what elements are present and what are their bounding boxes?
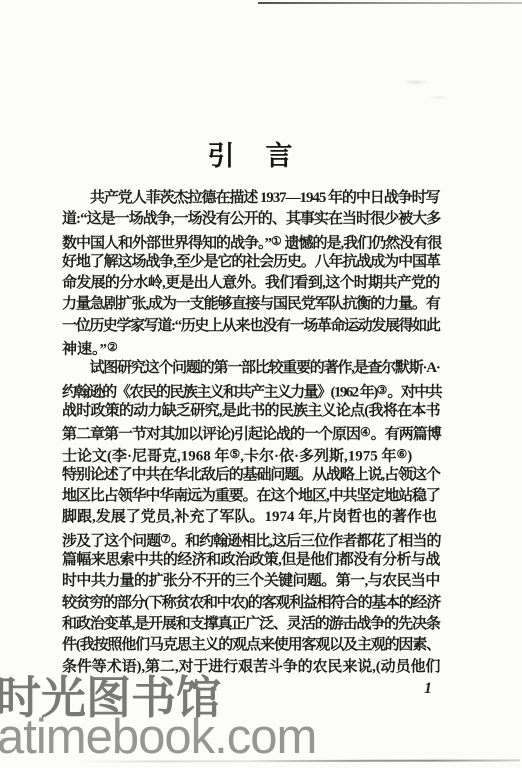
page-number: 1 [424,680,432,698]
paragraph1-line: 共产党人菲茨杰拉德在描述 1937—1945 年的中日战争时写 [62,188,440,209]
paragraph2-line: 篇幅来思索中共的经济和政治政策,但是他们都没有分析与战 [62,550,440,571]
paragraph2-line: 战时政策的动力缺乏研究,是此书的民族主义论点(我将在本书 [62,401,440,422]
scan-artifact-top-line [258,2,522,4]
paragraph2-line: 约翰逊的《农民的民族主义和共产主义力量》(1962 年)③。对中共 [62,380,440,401]
paragraph1-line: 道:“这是一场战争,一场没有公开的、其事实在当时很少被大多 [62,209,440,230]
paragraph2-line: 地区比占领华中华南远为重要。在这个地区,中共坚定地站稳了 [62,486,440,507]
paragraph2-line: 特别论述了中共在华北敌后的基础问题。从战略上说,占领这个 [62,465,440,486]
paragraph2-line: 涉及了这个问题⑦。和约翰逊相比,这后三位作者都花了相当的 [62,529,440,550]
paragraph1-line: 数中国人和外部世界得知的战争。”① 遗憾的是,我们仍然没有很 [62,231,440,252]
paragraph2-line: 试图研究这个问题的第一部比较重要的著作,是查尔默斯·A· [62,358,440,379]
paragraph2-line: 时中共力量的扩张分不开的三个关键问题。第一,与农民当中 [62,571,440,592]
watermark-site-url: atimebook.com [0,709,316,765]
paragraph1-line: 一位历史学家写道:“历史上从来也没有一场革命运动发展得如此 [62,316,440,337]
paragraph1-line: 好地了解这场战争,至少是它的社会历史。八年抗战成为中国革 [62,252,440,273]
paragraph1-last-line: 神速。”② [62,337,440,358]
paragraph2-line: 第二章第一节对其加以评论)引起论战的一个原因④。有两篇博 [62,422,440,443]
paragraph2-line: 脚跟,发展了党员,补充了军队。1974 年,片岗哲也的著作也 [62,507,440,528]
paragraph2-line: 件(我按照他们马克思主义的观点来使用客观以及主观的因素、 [62,635,440,656]
chapter-title: 引 言 [62,134,440,173]
paragraph2-line: 较贫穷的部分(下称贫农和中农)的客观利益相符合的基本的经济 [62,593,440,614]
paragraph2-line: 和政治变革,是开展和支撑真正广泛、灵活的游击战争的先决条 [62,614,440,635]
paragraph1-line: 力量急剧扩张,成为一支能够直接与国民党军队抗衡的力量。有 [62,294,440,315]
book-page-scan: 引 言 共产党人菲茨杰拉德在描述 1937—1945 年的中日战争时写 道:“这… [0,0,522,768]
scan-smudge [398,72,456,106]
paragraph1-line: 命发展的分水岭,更是出人意外。我们看到,这个时期共产党的 [62,273,440,294]
paragraph2-line: 士论文(李·尼哥克,1968 年⑤,卡尔·依·多列斯,1975 年⑥) [62,444,440,465]
body-text-block: 共产党人菲茨杰拉德在描述 1937—1945 年的中日战争时写 道:“这是一场战… [62,188,440,678]
